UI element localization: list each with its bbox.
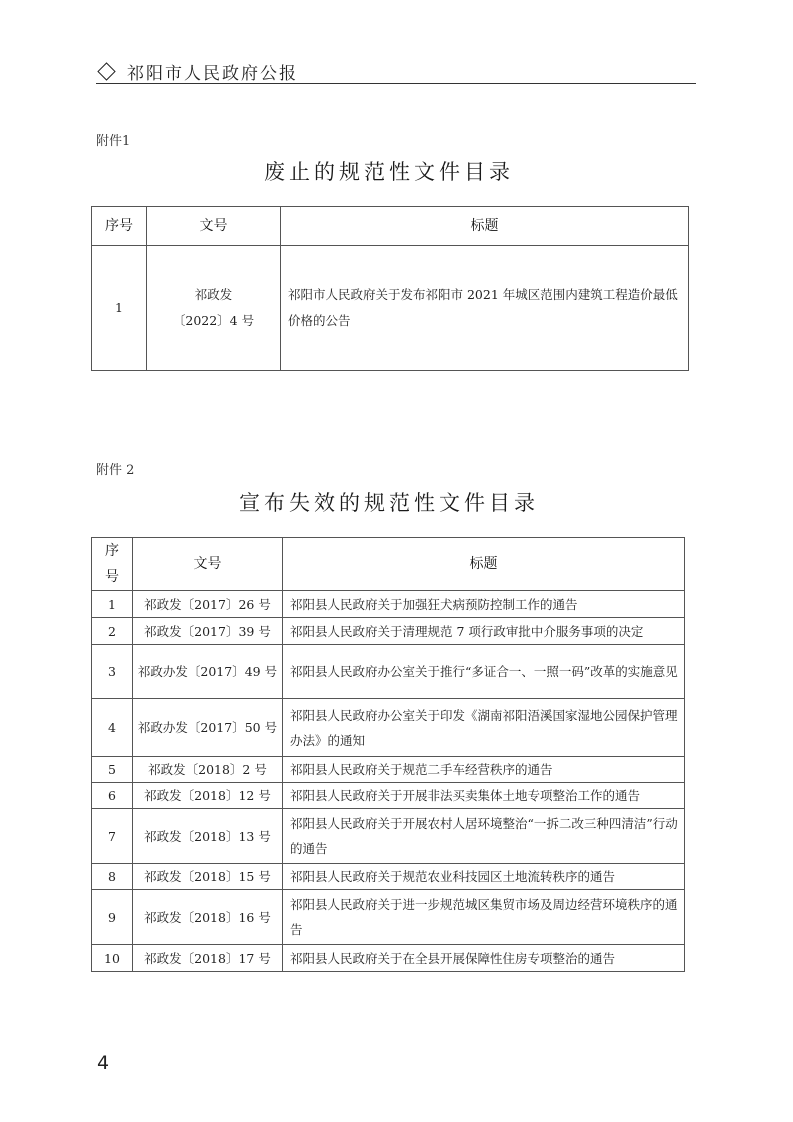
row-title: 祁阳县人民政府关于开展农村人居环境整治“一拆二改三种四清洁”行动的通告 [283, 809, 685, 864]
doc-no-line2: 〔2022〕4 号 [151, 308, 276, 334]
table-row: 10 祁政发〔2018〕17 号 祁阳县人民政府关于在全县开展保障性住房专项整治… [92, 945, 685, 972]
attachment1-title: 废止的规范性文件目录 [91, 156, 687, 186]
row-doc-no: 祁政发〔2018〕15 号 [133, 864, 283, 890]
row-seq: 2 [92, 618, 133, 645]
table-row: 7 祁政发〔2018〕13 号 祁阳县人民政府关于开展农村人居环境整治“一拆二改… [92, 809, 685, 864]
column-header-seq: 序号 [92, 538, 133, 591]
row-seq: 8 [92, 864, 133, 890]
row-doc-no: 祁政发 〔2022〕4 号 [147, 246, 281, 371]
gazette-title: 祁阳市人民政府公报 [127, 59, 298, 84]
table-header-row: 序号 文号 标题 [92, 207, 689, 246]
repealed-documents-table: 序号 文号 标题 1 祁政发 〔2022〕4 号 祁阳市人民政府关于发布祁阳市 … [91, 206, 689, 371]
doc-no-line1: 祁政发 [151, 282, 276, 308]
row-seq: 5 [92, 757, 133, 783]
page-header: 祁阳市人民政府公报 [96, 58, 696, 84]
row-doc-no: 祁政发〔2018〕13 号 [133, 809, 283, 864]
column-header-doc-no: 文号 [147, 207, 281, 246]
table-header-row: 序号 文号 标题 [92, 538, 685, 591]
row-title: 祁阳县人民政府关于规范二手车经营秩序的通告 [283, 757, 685, 783]
row-title: 祁阳县人民政府办公室关于印发《湖南祁阳浯溪国家湿地公园保护管理办法》的通知 [283, 699, 685, 757]
page-number: 4 [97, 1052, 109, 1074]
invalidated-documents-table: 序号 文号 标题 1 祁政发〔2017〕26 号 祁阳县人民政府关于加强狂犬病预… [91, 537, 685, 972]
table-row: 5 祁政发〔2018〕2 号 祁阳县人民政府关于规范二手车经营秩序的通告 [92, 757, 685, 783]
column-header-title: 标题 [281, 207, 689, 246]
row-seq: 10 [92, 945, 133, 972]
row-seq: 1 [92, 591, 133, 618]
row-title: 祁阳县人民政府关于开展非法买卖集体土地专项整治工作的通告 [283, 783, 685, 809]
column-header-seq: 序号 [92, 207, 147, 246]
attachment2-label: 附件 2 [96, 459, 134, 478]
row-seq: 6 [92, 783, 133, 809]
table-row: 8 祁政发〔2018〕15 号 祁阳县人民政府关于规范农业科技园区土地流转秩序的… [92, 864, 685, 890]
row-doc-no: 祁政发〔2018〕17 号 [133, 945, 283, 972]
table-row: 9 祁政发〔2018〕16 号 祁阳县人民政府关于进一步规范城区集贸市场及周边经… [92, 890, 685, 945]
row-seq: 1 [92, 246, 147, 371]
table-row: 1 祁政发〔2017〕26 号 祁阳县人民政府关于加强狂犬病预防控制工作的通告 [92, 591, 685, 618]
column-header-title: 标题 [283, 538, 685, 591]
attachment1-label: 附件1 [96, 130, 130, 149]
table-row: 3 祁政办发〔2017〕49 号 祁阳县人民政府办公室关于推行“多证合一、一照一… [92, 645, 685, 699]
row-title: 祁阳县人民政府关于在全县开展保障性住房专项整治的通告 [283, 945, 685, 972]
row-doc-no: 祁政发〔2017〕39 号 [133, 618, 283, 645]
row-seq: 4 [92, 699, 133, 757]
table-row: 6 祁政发〔2018〕12 号 祁阳县人民政府关于开展非法买卖集体土地专项整治工… [92, 783, 685, 809]
row-doc-no: 祁政办发〔2017〕49 号 [133, 645, 283, 699]
row-title: 祁阳县人民政府办公室关于推行“多证合一、一照一码”改革的实施意见 [283, 645, 685, 699]
row-doc-no: 祁政发〔2018〕16 号 [133, 890, 283, 945]
header-rule [96, 83, 696, 84]
row-doc-no: 祁政发〔2018〕2 号 [133, 757, 283, 783]
seq-header-text: 序号 [105, 538, 119, 590]
column-header-doc-no: 文号 [133, 538, 283, 591]
row-seq: 9 [92, 890, 133, 945]
row-seq: 7 [92, 809, 133, 864]
table-row: 1 祁政发 〔2022〕4 号 祁阳市人民政府关于发布祁阳市 2021 年城区范… [92, 246, 689, 371]
table-row: 2 祁政发〔2017〕39 号 祁阳县人民政府关于清理规范 7 项行政审批中介服… [92, 618, 685, 645]
row-title: 祁阳县人民政府关于清理规范 7 项行政审批中介服务事项的决定 [283, 618, 685, 645]
diamond-icon [97, 62, 115, 80]
row-title: 祁阳市人民政府关于发布祁阳市 2021 年城区范围内建筑工程造价最低价格的公告 [281, 246, 689, 371]
row-title: 祁阳县人民政府关于加强狂犬病预防控制工作的通告 [283, 591, 685, 618]
row-title: 祁阳县人民政府关于进一步规范城区集贸市场及周边经营环境秩序的通告 [283, 890, 685, 945]
row-seq: 3 [92, 645, 133, 699]
row-doc-no: 祁政发〔2018〕12 号 [133, 783, 283, 809]
row-doc-no: 祁政办发〔2017〕50 号 [133, 699, 283, 757]
attachment2-title: 宣布失效的规范性文件目录 [91, 487, 687, 517]
table-row: 4 祁政办发〔2017〕50 号 祁阳县人民政府办公室关于印发《湖南祁阳浯溪国家… [92, 699, 685, 757]
row-doc-no: 祁政发〔2017〕26 号 [133, 591, 283, 618]
row-title: 祁阳县人民政府关于规范农业科技园区土地流转秩序的通告 [283, 864, 685, 890]
